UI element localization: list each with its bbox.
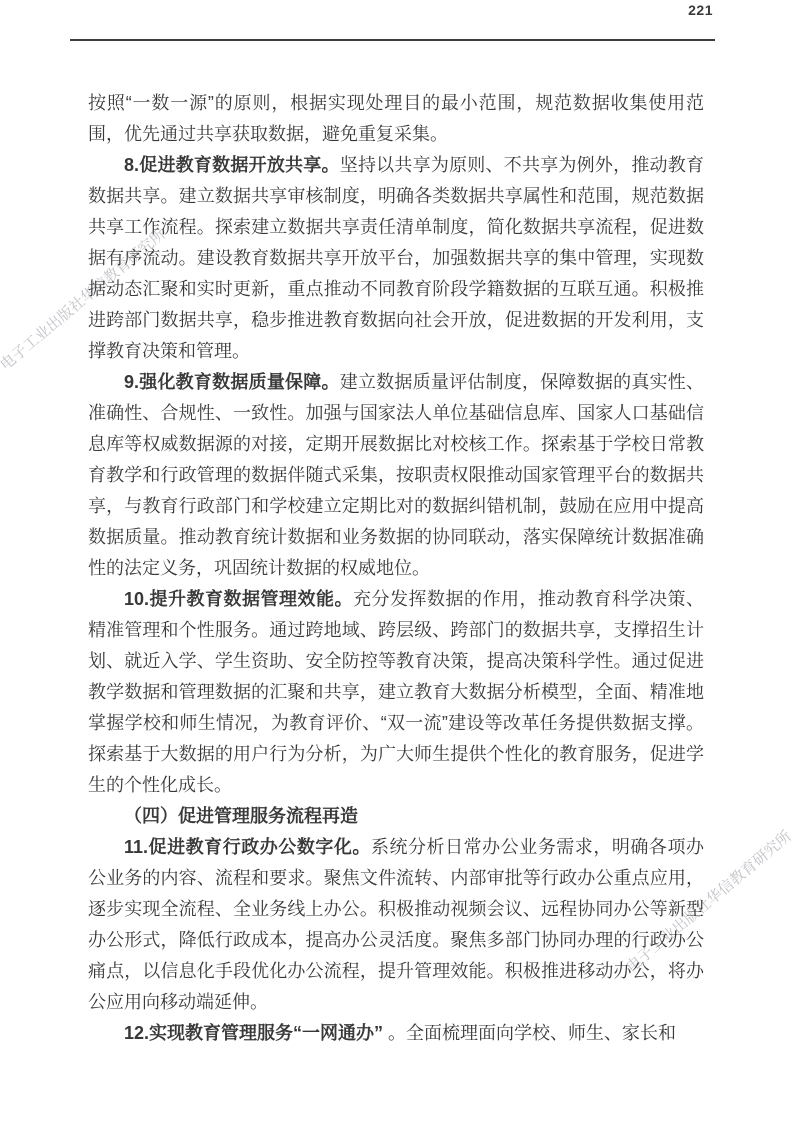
paragraph-bold-lead: 9.强化教育数据质量保障。	[124, 372, 340, 392]
body-paragraph: 8.促进教育数据开放共享。坚持以共享为原则、不共享为例外，推动教育数据共享。建立…	[88, 150, 704, 367]
body-paragraph: 12.实现教育管理服务“一网通办” 。全面梳理面向学校、师生、家长和	[88, 1018, 704, 1049]
paragraph-bold-lead: 11.促进教育行政办公数字化。	[124, 837, 371, 857]
paragraph-bold-lead: 12.实现教育管理服务“一网通办”	[124, 1023, 383, 1043]
document-page: 电子工业出版社华信教育研究所 电子工业出版社华信教育研究所 221 按照“一数一…	[0, 0, 793, 1122]
page-number: 221	[688, 2, 713, 18]
paragraph-bold-lead: 8.促进教育数据开放共享。	[124, 155, 340, 175]
header-rule	[70, 39, 715, 41]
body-paragraph: 9.强化教育数据质量保障。建立数据质量评估制度，保障数据的真实性、准确性、合规性…	[88, 367, 704, 584]
section-heading: （四）促进管理服务流程再造	[88, 801, 704, 832]
body-paragraph: 11.促进教育行政办公数字化。系统分析日常办公业务需求，明确各项办公业务的内容、…	[88, 832, 704, 1018]
paragraph-bold-lead: 10.提升教育数据管理效能。	[124, 589, 353, 609]
paragraph-bold-lead: （四）促进管理服务流程再造	[124, 806, 358, 826]
body-paragraph: 10.提升教育数据管理效能。充分发挥数据的作用，推动教育科学决策、精准管理和个性…	[88, 584, 704, 801]
body-paragraph: 按照“一数一源”的原则，根据实现处理目的最小范围，规范数据收集使用范围，优先通过…	[88, 88, 704, 150]
document-body: 按照“一数一源”的原则，根据实现处理目的最小范围，规范数据收集使用范围，优先通过…	[88, 88, 704, 1049]
